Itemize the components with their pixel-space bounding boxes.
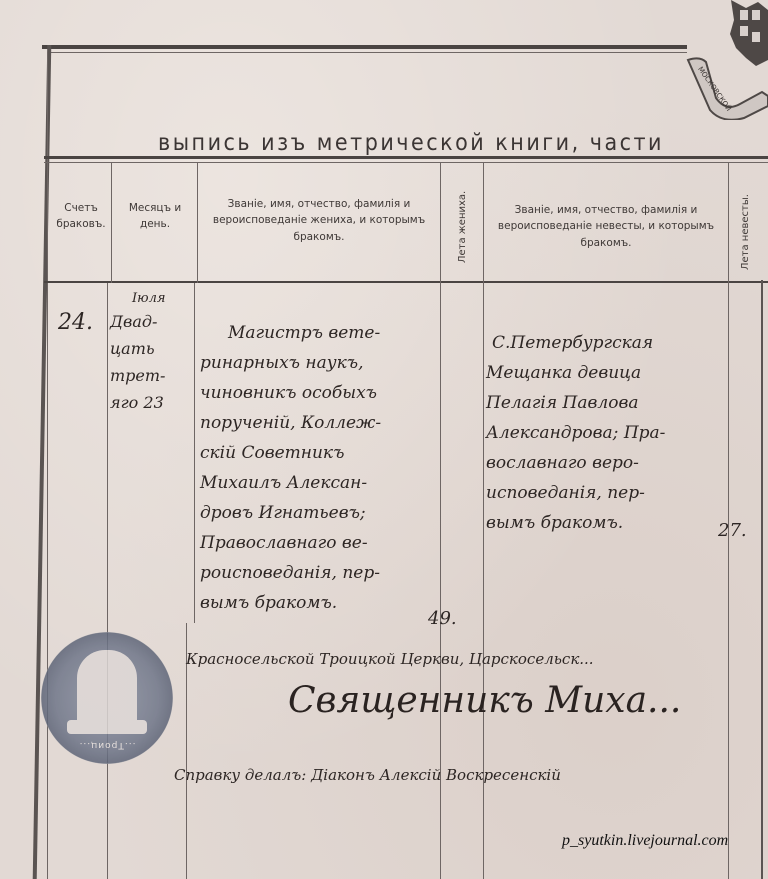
bride-info-cell: С.Петербургская Мещанка девица Пелагія П… bbox=[486, 328, 665, 538]
church-line: Красносельской Троицкой Церкви, Царскосе… bbox=[186, 650, 594, 668]
stamp-text: ...Троиц... bbox=[41, 740, 173, 750]
month-day-line: яго 23 bbox=[110, 389, 165, 416]
groom-line: роисповеданія, пер- bbox=[200, 558, 381, 588]
col-divider-right bbox=[761, 280, 763, 879]
groom-line: Михаилъ Алексан- bbox=[200, 468, 381, 498]
bride-age: 27. bbox=[718, 520, 747, 541]
bride-line: Мещанка девица bbox=[486, 358, 665, 388]
bride-line: С.Петербургская bbox=[486, 328, 665, 358]
bride-line: вымъ бракомъ. bbox=[486, 508, 665, 538]
groom-line: скій Советникъ bbox=[200, 438, 381, 468]
watermark: p_syutkin.livejournal.com bbox=[562, 832, 728, 850]
col-divider-1b bbox=[107, 283, 108, 879]
column-header-rule bbox=[44, 281, 768, 283]
groom-age: 49. bbox=[428, 608, 457, 629]
record-number: 24. bbox=[58, 310, 93, 335]
col-header-month-day: Месяцъ и день. bbox=[115, 200, 195, 233]
groom-line: ринарныхъ наукъ, bbox=[200, 348, 381, 378]
header-rule-top bbox=[44, 156, 768, 159]
bride-line: вославнаго веро- bbox=[486, 448, 665, 478]
groom-line: Магистръ вете- bbox=[200, 318, 381, 348]
frame-left-inner bbox=[47, 52, 48, 879]
groom-line: порученій, Коллеж- bbox=[200, 408, 381, 438]
bride-line: Александрова; Пра- bbox=[486, 418, 665, 448]
groom-line: вымъ бракомъ. bbox=[200, 588, 381, 618]
certification-line: Справку делалъ: Діаконъ Алексій Воскресе… bbox=[174, 766, 561, 784]
col-header-marriage-count: Счетъ браковъ. bbox=[52, 200, 110, 233]
col-header-groom-age: Лета жениха. bbox=[455, 182, 471, 272]
frame-top-inner bbox=[48, 52, 687, 53]
bell-seal-stamp-icon: ...Троиц... bbox=[41, 632, 173, 764]
month-day-line: цать bbox=[110, 335, 165, 362]
month-day-cell: Іюля Двад- цать трет- яго 23 bbox=[110, 290, 165, 416]
col-header-groom-info: Званіе, имя, отчество, фамилія и вероисп… bbox=[202, 196, 436, 245]
groom-line: Православнаго ве- bbox=[200, 528, 381, 558]
groom-line: чиновникъ особыхъ bbox=[200, 378, 381, 408]
groom-info-cell: Магистръ вете- ринарныхъ наукъ, чиновник… bbox=[200, 318, 381, 618]
frame-top-border bbox=[42, 45, 687, 49]
priest-signature: Священникъ Миха... bbox=[288, 680, 681, 721]
document-title: выпись изъ метрической книги, части bbox=[158, 130, 664, 156]
bride-line: исповеданія, пер- bbox=[486, 478, 665, 508]
month-day-line: Іюля bbox=[110, 290, 165, 308]
groom-line: дровъ Игнатьевъ; bbox=[200, 498, 381, 528]
month-day-line: трет- bbox=[110, 362, 165, 389]
col-header-bride-age: Лета невесты. bbox=[738, 182, 754, 282]
bride-line: Пелагія Павлова bbox=[486, 388, 665, 418]
imperial-eagle-emblem-icon: МОСКОВСКОЙ bbox=[686, 0, 768, 120]
bell-icon bbox=[77, 650, 137, 730]
month-day-line: Двад- bbox=[110, 308, 165, 335]
col-divider-2b bbox=[194, 283, 195, 623]
col-header-bride-info: Званіе, имя, отчество, фамилія и вероисп… bbox=[488, 202, 724, 251]
col-divider-2 bbox=[197, 163, 198, 283]
col-divider-1 bbox=[111, 163, 112, 283]
frame-left-border bbox=[33, 45, 52, 879]
header-rule-bottom bbox=[44, 162, 768, 163]
